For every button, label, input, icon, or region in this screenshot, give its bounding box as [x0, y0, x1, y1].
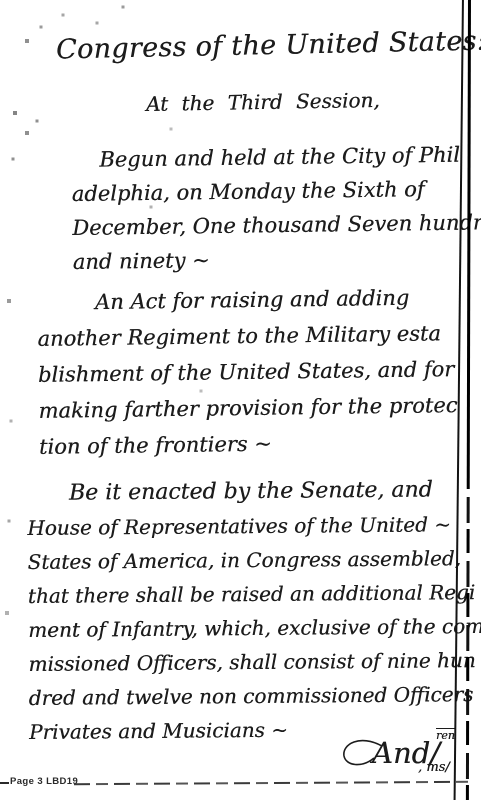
text-line: dred and twelve non commissioned Officer… — [29, 677, 481, 715]
text-line: December, One thousand Seven hundred — [72, 205, 481, 245]
text-line: An Act for raising and adding — [37, 279, 456, 321]
enacting-paragraph: Be it enacted by the Senate, and House o… — [27, 473, 481, 749]
document-heading: Congress of the United States: — [56, 25, 481, 65]
act-title-paragraph: An Act for raising and adding another Re… — [37, 279, 458, 465]
page-edge-line-broken — [466, 465, 469, 800]
page-edge-line-solid — [467, 0, 471, 465]
manuscript-page: Congress of the United States: At the Th… — [0, 0, 481, 800]
text-line: ment of Infantry, which, exclusive of th… — [28, 609, 481, 647]
footer-rule — [74, 781, 472, 785]
preamble-paragraph: Begun and held at the City of Phil adelp… — [71, 137, 481, 279]
footer-dash — [0, 782, 9, 784]
text-line: blishment of the United States, and for — [38, 351, 457, 393]
text-line: Begun and held at the City of Phil — [71, 137, 481, 177]
page-footer: Page 3 LBD19 — [0, 774, 481, 794]
text-line: another Regiment to the Military esta — [37, 315, 456, 357]
margin-note: , ms/ — [418, 760, 450, 775]
scan-noise-specks — [0, 0, 2, 2]
text-line: tion of the frontiers ~ — [39, 423, 458, 465]
text-line: House of Representatives of the United ~ — [27, 507, 481, 545]
session-subheading: At the Third Session, — [146, 88, 380, 116]
text-line: Be it enacted by the Senate, and — [27, 473, 481, 511]
text-line: making farther provision for the protec — [38, 387, 457, 429]
text-line: missioned Officers, shall consist of nin… — [28, 643, 481, 681]
text-line: States of America, in Congress assembled… — [27, 541, 481, 579]
text-line: and ninety ~ — [72, 239, 481, 279]
footer-label: Page 3 LBD19 — [10, 776, 78, 787]
text-line: adelphia, on Monday the Sixth of — [72, 171, 481, 211]
text-line: that there shall be raised an additional… — [28, 575, 481, 613]
